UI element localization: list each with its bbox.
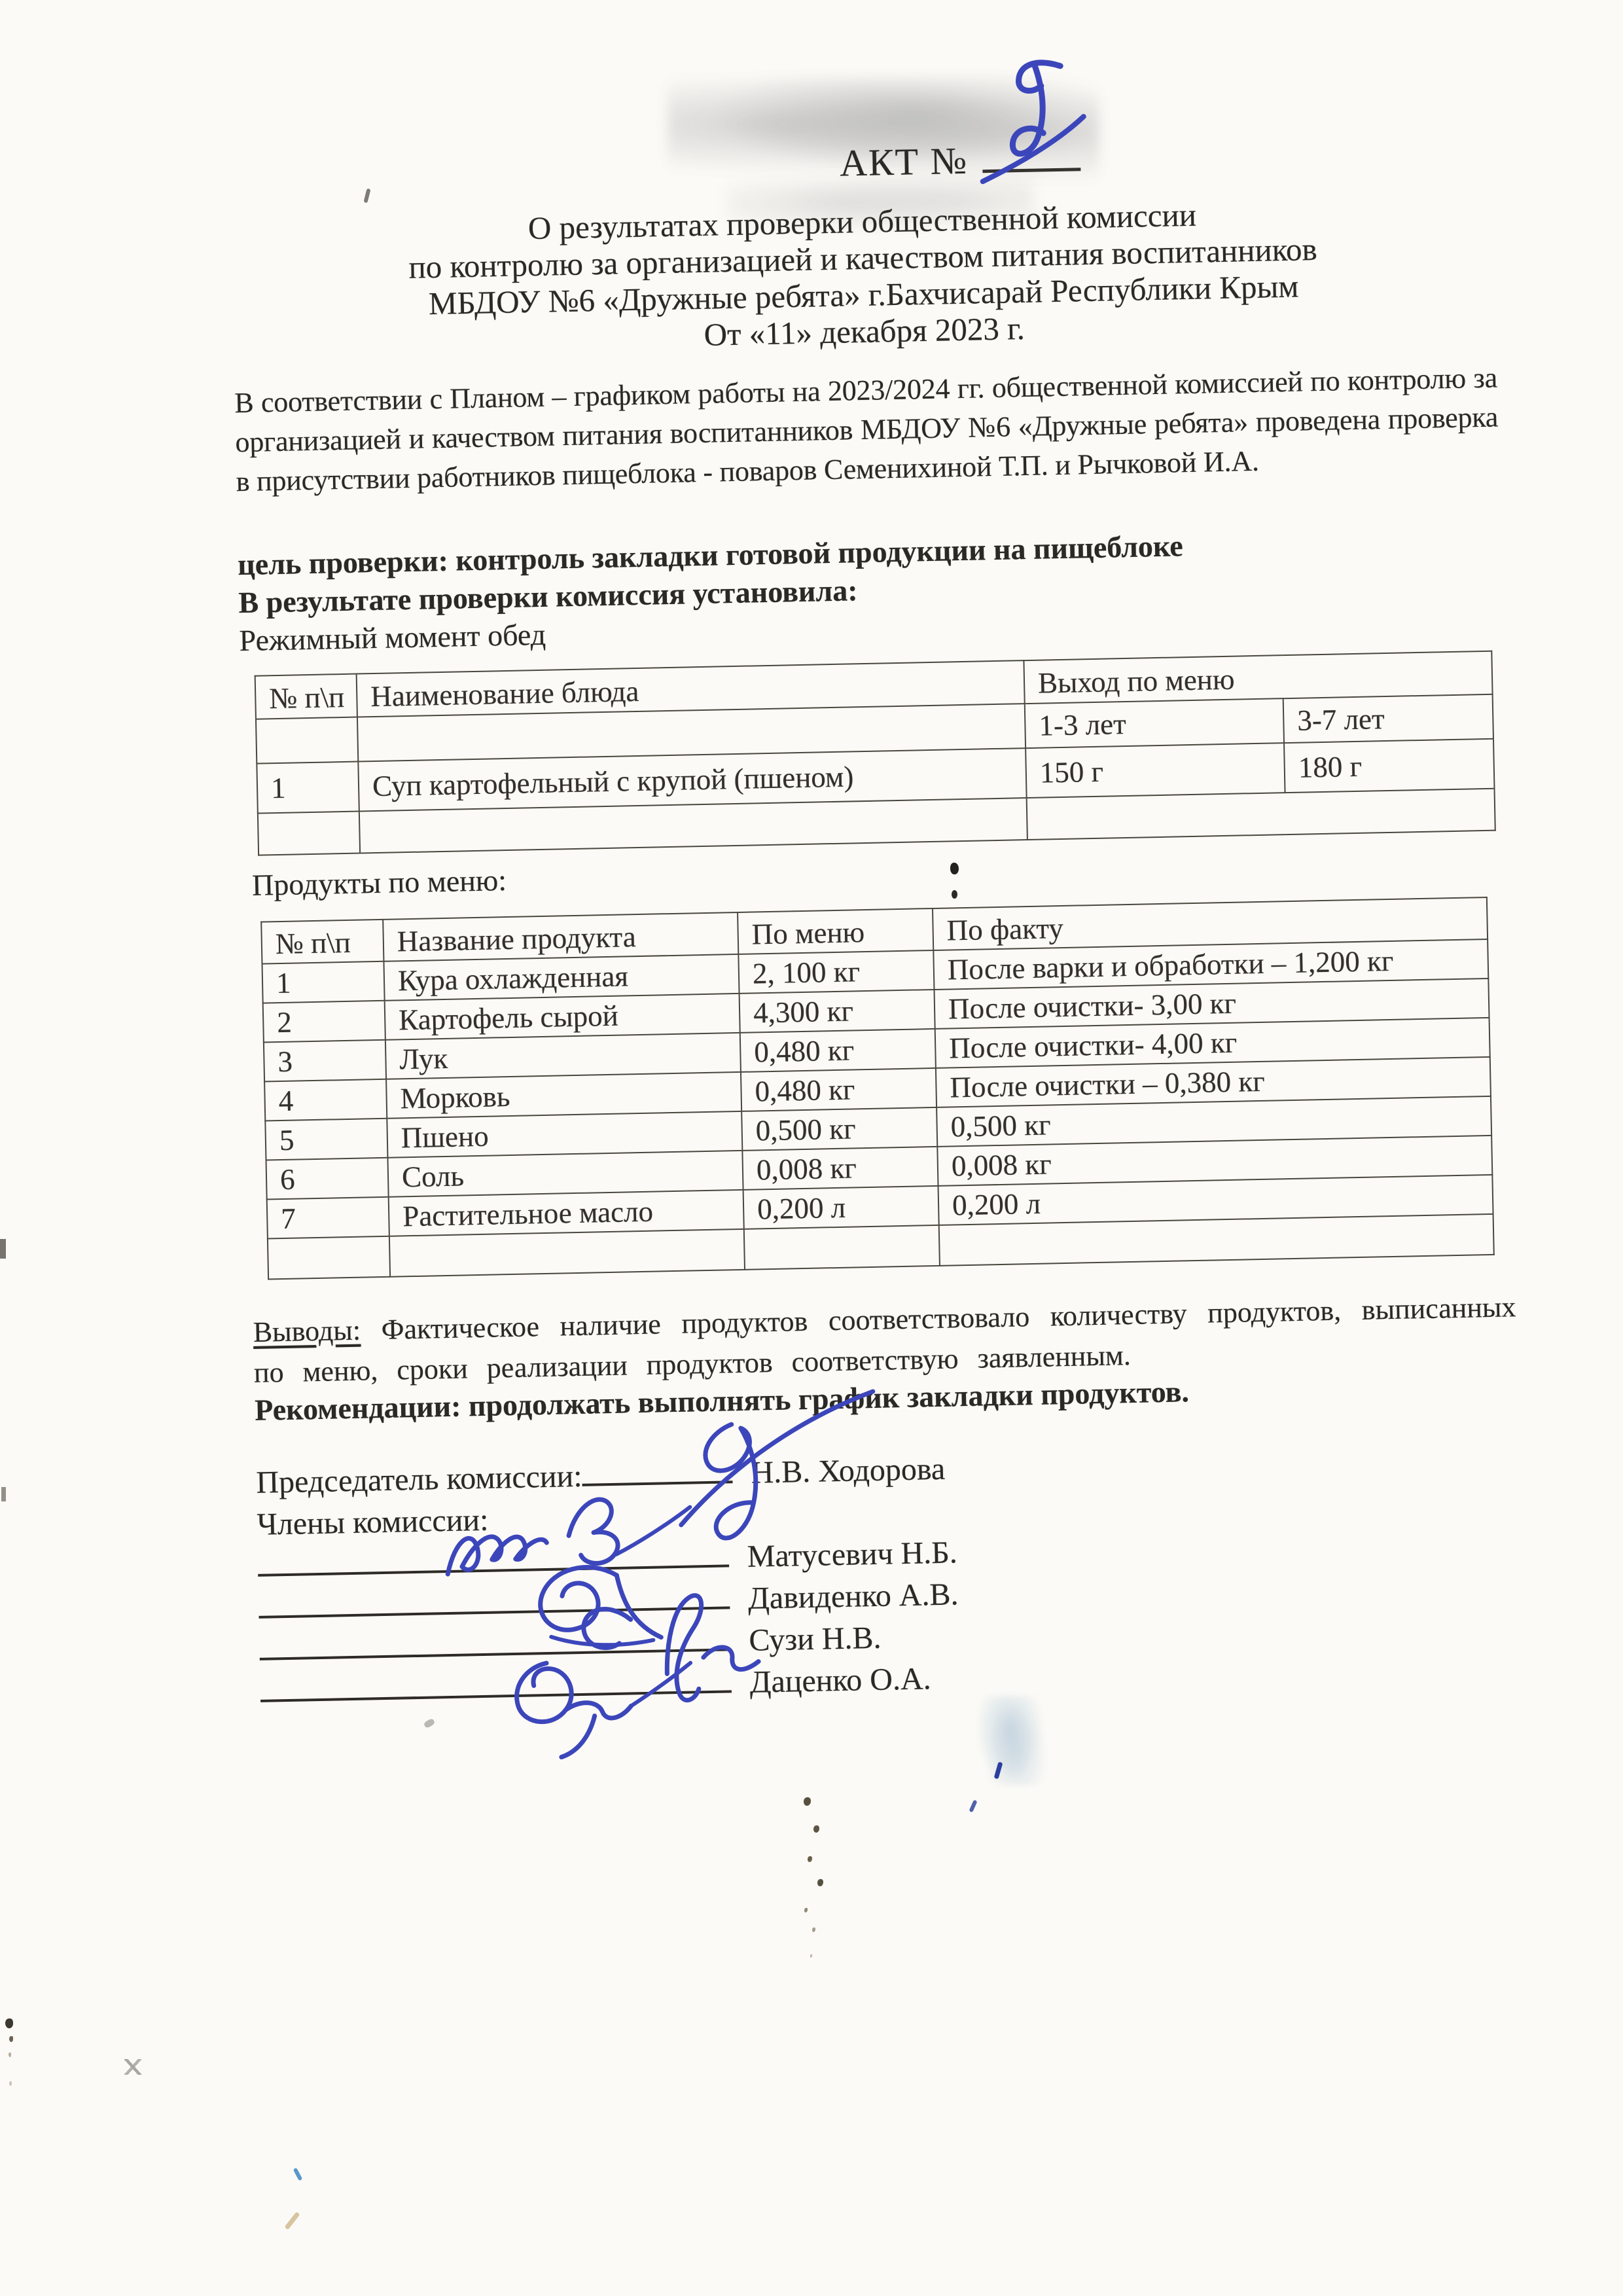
product-num: 1 (262, 961, 384, 1003)
product-num: 4 (264, 1079, 387, 1121)
product-col-name: Название продукта (383, 912, 738, 961)
product-name: Соль (387, 1151, 743, 1197)
product-menu: 4,300 кг (740, 990, 935, 1033)
product-menu: 0,008 кг (742, 1147, 938, 1190)
products-by-menu-label: Продукты по меню: (252, 863, 507, 903)
dish-col-age2: 3-7 лет (1283, 694, 1493, 743)
akt-number-label: АКТ № (839, 139, 968, 185)
scan-edge-nick-2 (1, 1487, 6, 1501)
product-num: 5 (265, 1119, 387, 1160)
member-signature-line (258, 1558, 729, 1576)
chairman-label: Председатель комиссии: (256, 1459, 582, 1500)
member-name: Матусевич Н.Б. (747, 1535, 957, 1573)
dish-row-age1: 150 г (1026, 743, 1285, 798)
product-cell-empty (389, 1229, 745, 1277)
product-menu: 2, 100 кг (738, 950, 934, 994)
signatures-block: Председатель комиссии:Н.В. Ходорова Член… (256, 1439, 1563, 1740)
members-label-row: Члены комиссии: (257, 1502, 489, 1543)
dish-cell-empty (256, 717, 358, 764)
product-col-menu: По меню (738, 908, 933, 954)
conclusions-label: Выводы: (253, 1314, 361, 1348)
product-num: 3 (264, 1040, 386, 1082)
akt-number-blank (982, 161, 1080, 173)
inspection-goal-line: цель проверки: контроль закладки готовой… (238, 528, 1183, 582)
dish-col-age1: 1-3 лет (1025, 698, 1284, 748)
member-signature-row: Сузи Н.В. (259, 1620, 882, 1668)
member-name: Давиденко А.В. (748, 1577, 959, 1615)
product-cell-empty (268, 1236, 390, 1280)
products-table: № п\п Название продукта По меню По факту… (260, 897, 1495, 1280)
dish-row-age2: 180 г (1284, 739, 1494, 793)
product-num: 2 (263, 1001, 385, 1043)
product-cell-empty (744, 1225, 940, 1270)
member-name: Даценко О.А. (749, 1661, 931, 1700)
conclusions-paragraph: Выводы: Фактическое наличие продуктов со… (253, 1287, 1517, 1393)
product-name: Картофель сырой (385, 994, 740, 1040)
member-signature-row: Матусевич Н.Б. (257, 1534, 957, 1584)
handwritten-number-5 (976, 51, 1090, 190)
product-num: 6 (266, 1158, 389, 1200)
product-menu: 0,480 кг (740, 1029, 936, 1072)
chairman-signature-line (582, 1474, 733, 1486)
scanned-act-document: АКТ № О результатах проверки общественно… (0, 0, 1623, 2296)
conclusions-text: Фактическое наличие продуктов соответств… (254, 1291, 1516, 1389)
dish-output-table: № п\п Наименование блюда Выход по меню 1… (255, 651, 1496, 856)
chairman-name: Н.В. Ходорова (751, 1452, 946, 1490)
member-signature-row: Давиденко А.В. (259, 1576, 959, 1626)
product-name: Растительное масло (389, 1190, 744, 1236)
members-label: Члены комиссии: (257, 1503, 489, 1542)
chairman-signature-row: Председатель комиссии:Н.В. Ходорова (256, 1451, 946, 1501)
member-name: Сузи Н.В. (749, 1621, 882, 1658)
dish-cell-empty (1027, 789, 1495, 840)
document-title: АКТ № (839, 136, 1080, 185)
product-menu: 0,480 кг (741, 1068, 936, 1111)
member-signature-line (259, 1600, 730, 1618)
member-signature-line (260, 1683, 732, 1702)
scan-edge-specks (5, 2018, 13, 2028)
title-block: О результатах проверки общественной коми… (236, 191, 1491, 363)
member-signature-row: Даценко О.А. (260, 1660, 931, 1710)
member-signature-line (260, 1641, 731, 1660)
scan-edge-nick (0, 1239, 6, 1259)
dish-col-num: № п\п (255, 674, 357, 719)
product-name: Лук (385, 1033, 741, 1079)
dish-row-num: 1 (257, 762, 359, 814)
product-name: Пшено (387, 1111, 742, 1158)
product-col-num: № п\п (261, 920, 383, 964)
product-menu: 0,200 л (743, 1186, 939, 1229)
intro-paragraph: В соответствии с Планом – графиком работ… (234, 359, 1499, 502)
product-num: 7 (267, 1197, 389, 1239)
product-name: Кура охлажденная (383, 954, 739, 1001)
regime-moment-line: Режимный момент обед (239, 617, 546, 658)
product-menu: 0,500 кг (741, 1107, 937, 1151)
product-name: Морковь (386, 1072, 741, 1119)
dish-cell-empty (258, 812, 360, 855)
